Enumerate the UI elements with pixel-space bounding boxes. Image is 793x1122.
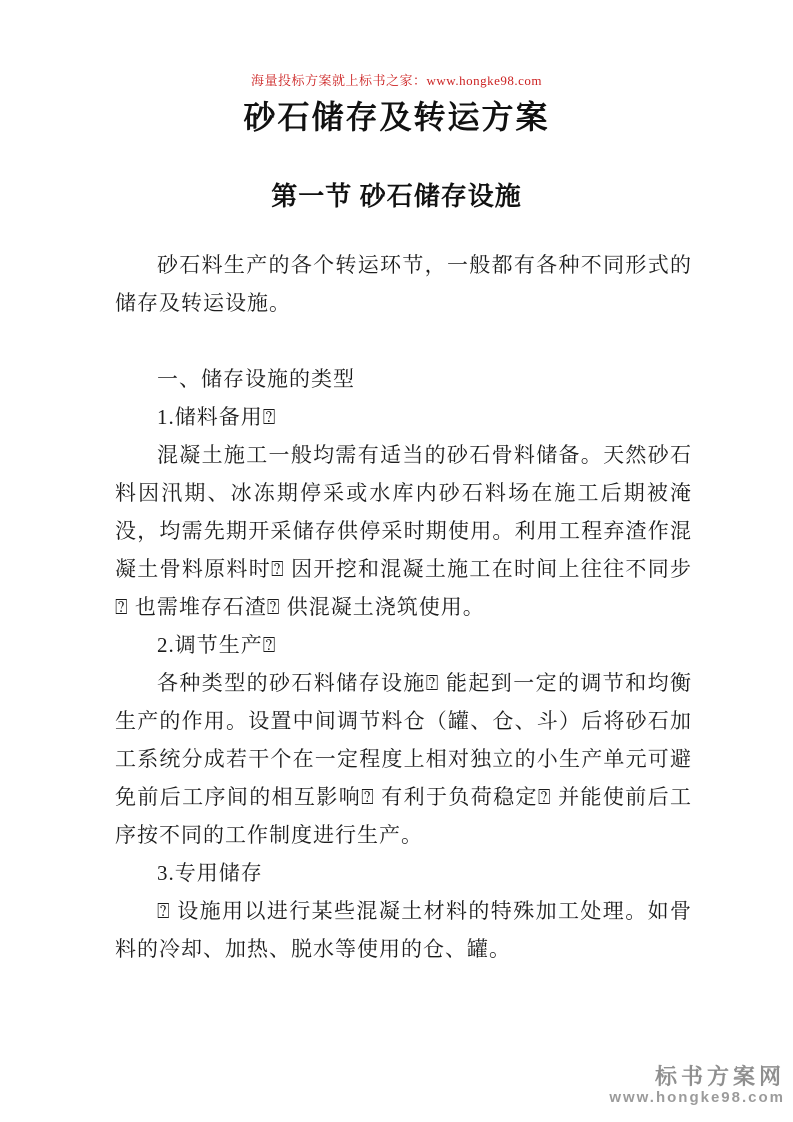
watermark: 标书方案网 www.hongke98.com: [609, 1064, 785, 1107]
list-item-1-title: 1.储料备用⍰: [115, 398, 692, 436]
paragraph-intro: 砂石料生产的各个转运环节，一般都有各种不同形式的储存及转运设施。: [115, 246, 692, 322]
document-body: 砂石料生产的各个转运环节，一般都有各种不同形式的储存及转运设施。 一、储存设施的…: [115, 246, 692, 968]
list-heading-storage-types: 一、储存设施的类型: [115, 360, 692, 398]
watermark-site-name: 标书方案网: [609, 1064, 785, 1089]
list-item-3-title: 3.专用储存: [115, 854, 692, 892]
promo-header-text: 海量投标方案就上标书之家：www.hongke98.com: [0, 70, 793, 89]
section-heading: 第一节 砂石储存设施: [0, 176, 793, 213]
watermark-site-url: www.hongke98.com: [609, 1089, 785, 1106]
paragraph-item-1-body: 混凝土施工一般均需有适当的砂石骨料储备。天然砂石料因汛期、冰冻期停采或水库内砂石…: [115, 436, 692, 626]
document-title: 砂石储存及转运方案: [0, 92, 793, 138]
list-item-2-title: 2.调节生产⍰: [115, 626, 692, 664]
paragraph-item-3-body: ⍰ 设施用以进行某些混凝土材料的特殊加工处理。如骨料的冷却、加热、脱水等使用的仓…: [115, 892, 692, 968]
paragraph-item-2-body: 各种类型的砂石料储存设施⍰ 能起到一定的调节和均衡生产的作用。设置中间调节料仓（…: [115, 664, 692, 854]
